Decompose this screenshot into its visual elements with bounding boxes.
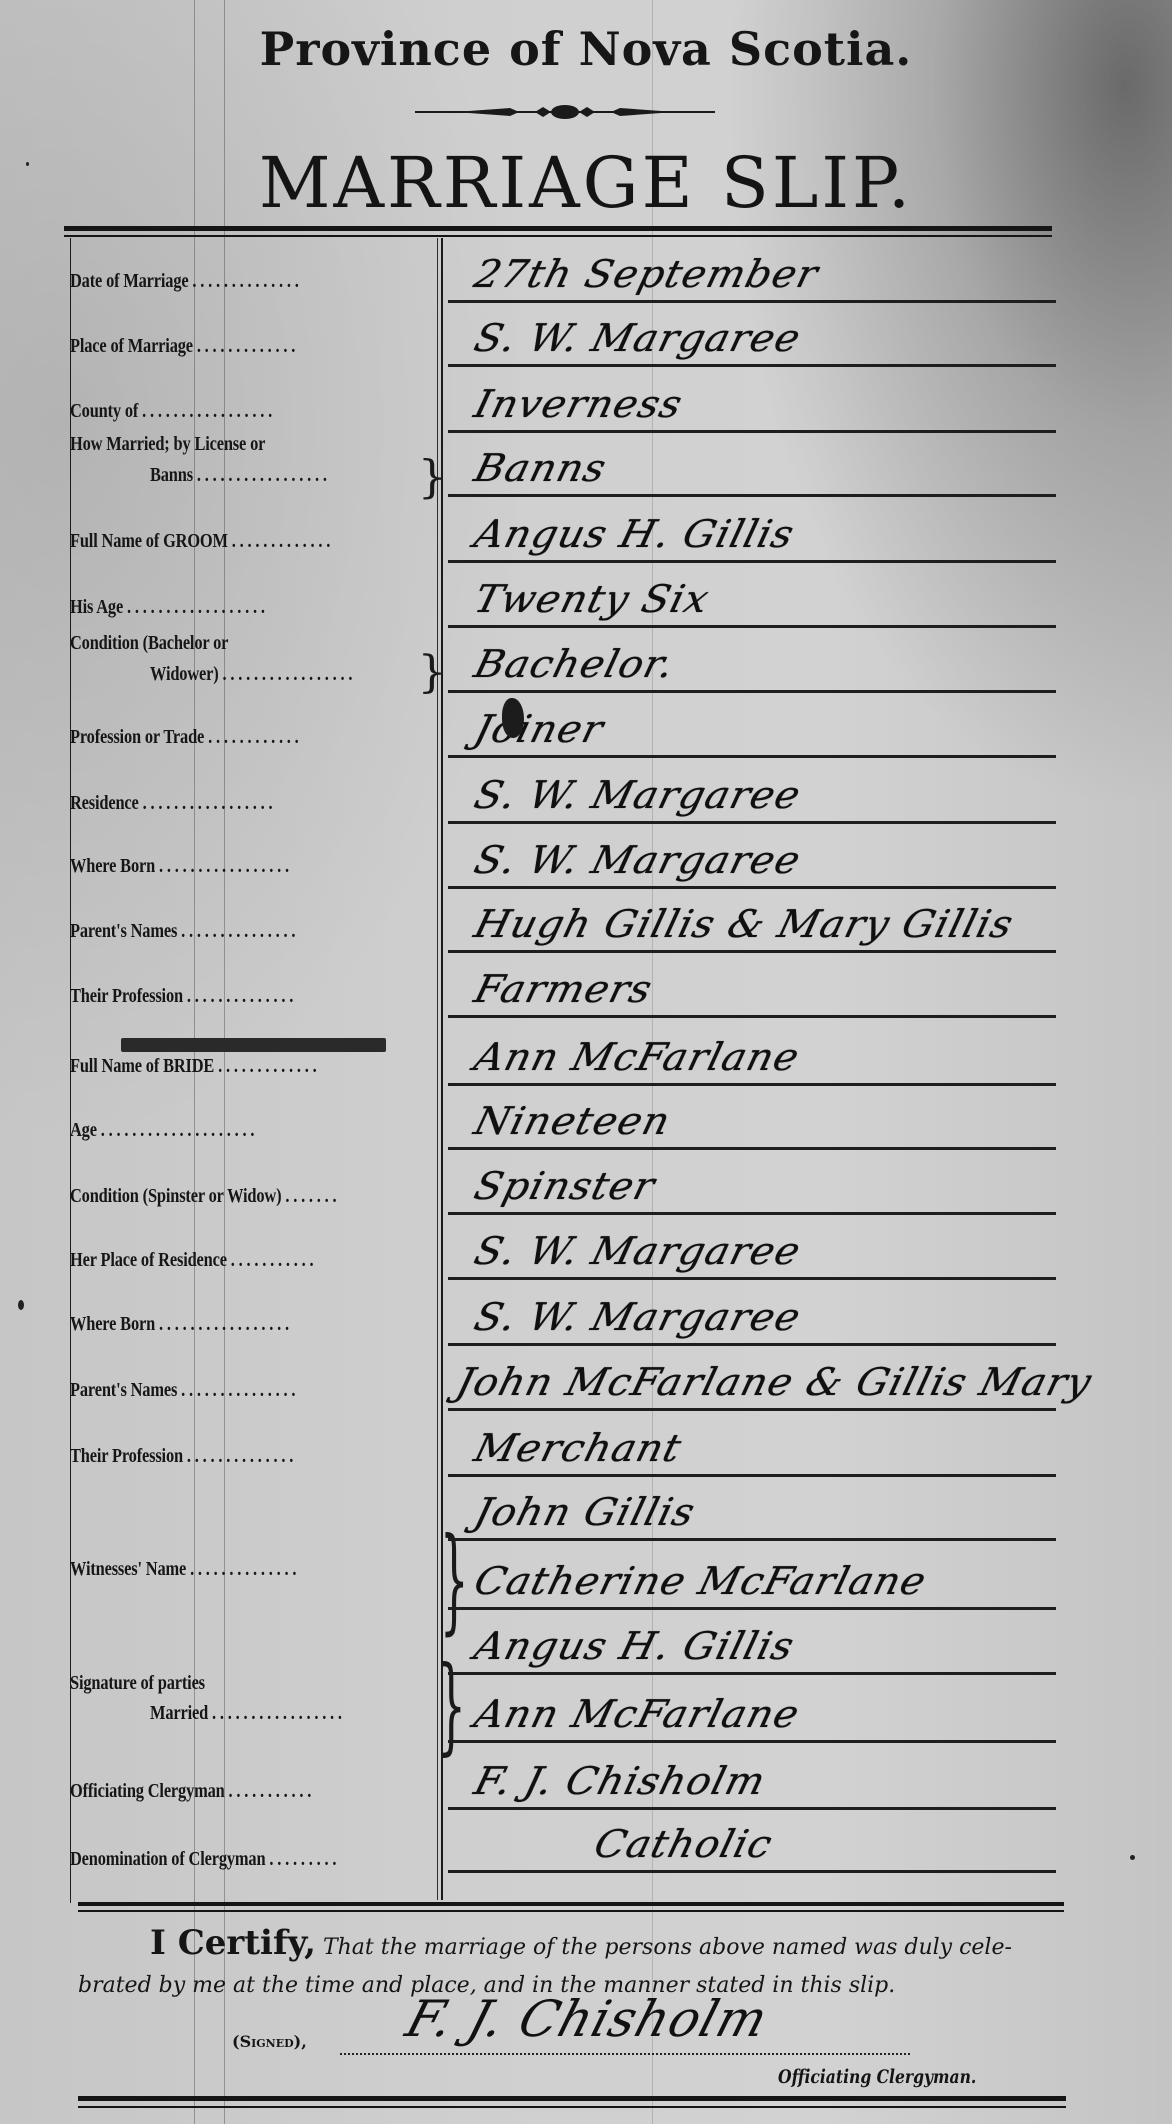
handwritten-value-groom-profession: Joiner (470, 707, 608, 751)
entry-line (448, 1408, 1056, 1411)
signature-line (340, 2053, 910, 2055)
handwritten-value-groom-birthplace: S. W. Margaree (470, 838, 806, 882)
field-label: Their Profession . . . . . . . . . . . .… (70, 985, 373, 1008)
handwritten-value-how-married: Banns (470, 446, 611, 490)
entry-line (448, 950, 1056, 953)
entry-line (448, 821, 1056, 824)
province-heading: Province of Nova Scotia. (0, 22, 1172, 76)
certify-lead: I Certify, (150, 1923, 316, 1963)
handwritten-value-bride-birthplace: S. W. Margaree (470, 1295, 806, 1339)
entry-line (448, 755, 1056, 758)
field-label: Signature of parties (70, 1672, 373, 1695)
handwritten-value-groom-condition: Bachelor. (470, 642, 679, 686)
entry-line (448, 494, 1056, 497)
handwritten-value-bride-name: Ann McFarlane (470, 1035, 804, 1079)
field-label: Full Name of GROOM . . . . . . . . . . .… (70, 530, 373, 553)
field-label: Denomination of Clergyman . . . . . . . … (70, 1848, 373, 1871)
entry-line (448, 1147, 1056, 1150)
certify-text-line1: That the marriage of the persons above n… (323, 1935, 1012, 1960)
handwritten-value-groom-parents-profession: Farmers (470, 967, 657, 1011)
signed-label: (Signed), (232, 2032, 307, 2051)
groom-bride-separator (121, 1038, 386, 1052)
ink-blot (502, 698, 524, 738)
handwritten-value-bride-parents-profession: Merchant (470, 1426, 686, 1470)
title-rule (64, 235, 1052, 237)
entry-line (448, 1672, 1056, 1675)
certificate-rule (78, 1902, 1064, 1906)
field-label: His Age . . . . . . . . . . . . . . . . … (70, 596, 373, 619)
entry-line (448, 690, 1056, 693)
entry-line (448, 1015, 1056, 1018)
entry-line (448, 1343, 1056, 1346)
handwritten-value-officiating-clergyman: F. J. Chisholm (470, 1759, 771, 1803)
field-label: Residence . . . . . . . . . . . . . . . … (70, 792, 373, 815)
field-label: Their Profession . . . . . . . . . . . .… (70, 1445, 373, 1468)
handwritten-value-bride-condition: Spinster (470, 1164, 660, 1208)
field-label-continued: Widower) . . . . . . . . . . . . . . . .… (150, 663, 453, 686)
field-label-continued: Banns . . . . . . . . . . . . . . . . . (150, 464, 453, 487)
paper-speck (1130, 1855, 1135, 1860)
handwritten-value-denomination: Catholic (590, 1822, 777, 1866)
officiating-clergyman-caption: Officiating Clergyman. (778, 2066, 976, 2088)
handwritten-value-witnesses: Catherine McFarlane (470, 1559, 931, 1603)
handwritten-value-place-of-marriage: S. W. Margaree (470, 316, 806, 360)
entry-line (448, 560, 1056, 563)
handwritten-value-groom-parents: Hugh Gillis & Mary Gillis (470, 902, 1018, 946)
handwritten-value-witnesses: John Gillis (470, 1490, 700, 1534)
marriage-slip-document: Province of Nova Scotia. MARRIAGE SLIP. … (0, 0, 1172, 2124)
entry-line (448, 1807, 1056, 1810)
paper-speck (26, 162, 29, 166)
field-label: Her Place of Residence . . . . . . . . .… (70, 1249, 373, 1272)
field-label: How Married; by License or (70, 433, 373, 456)
field-label: Condition (Spinster or Widow) . . . . . … (70, 1185, 373, 1208)
handwritten-value-bride-residence: S. W. Margaree (470, 1229, 806, 1273)
title-rule (64, 226, 1052, 231)
brace-icon: } (437, 1650, 466, 1760)
field-label: Age . . . . . . . . . . . . . . . . . . … (70, 1119, 373, 1142)
field-label: Full Name of BRIDE . . . . . . . . . . .… (70, 1055, 373, 1078)
handwritten-value-groom-residence: S. W. Margaree (470, 773, 806, 817)
field-label: Witnesses' Name . . . . . . . . . . . . … (70, 1558, 373, 1581)
field-label: Condition (Bachelor or (70, 632, 373, 655)
brace-icon: } (418, 453, 447, 500)
entry-line (448, 430, 1056, 433)
entry-line (448, 1212, 1056, 1215)
entry-line (448, 1538, 1056, 1541)
handwritten-value-date-of-marriage: 27th September (470, 252, 823, 296)
bottom-rule (78, 2106, 1066, 2108)
field-label: Profession or Trade . . . . . . . . . . … (70, 726, 373, 749)
entry-line (448, 1083, 1056, 1086)
paper-speck (18, 1300, 24, 1310)
field-label: Officiating Clergyman . . . . . . . . . … (70, 1780, 373, 1803)
field-label: County of . . . . . . . . . . . . . . . … (70, 400, 373, 423)
bottom-rule (78, 2096, 1066, 2101)
clergyman-signature: F. J. Chisholm (400, 1990, 775, 2048)
brace-icon: } (417, 650, 446, 696)
field-label: Place of Marriage . . . . . . . . . . . … (70, 335, 373, 358)
handwritten-value-groom-age: Twenty Six (470, 577, 714, 621)
field-label: Date of Marriage . . . . . . . . . . . .… (70, 270, 373, 293)
entry-line (448, 364, 1056, 367)
field-label: Parent's Names . . . . . . . . . . . . .… (70, 1379, 373, 1402)
handwritten-value-signatures: Ann McFarlane (470, 1692, 804, 1736)
entry-line (448, 300, 1056, 303)
field-label: Where Born . . . . . . . . . . . . . . .… (70, 1313, 373, 1336)
entry-line (448, 1474, 1056, 1477)
handwritten-value-groom-name: Angus H. Gillis (470, 512, 799, 556)
entry-line (448, 1740, 1056, 1743)
entry-line (448, 1277, 1056, 1280)
field-label: Parent's Names . . . . . . . . . . . . .… (70, 920, 373, 943)
handwritten-value-bride-parents: John McFarlane & Gillis Mary (452, 1360, 1097, 1404)
entry-line (448, 886, 1056, 889)
field-label: Where Born . . . . . . . . . . . . . . .… (70, 855, 373, 878)
certificate-rule (78, 1910, 1064, 1912)
entry-line (448, 625, 1056, 628)
entry-line (448, 1870, 1056, 1873)
handwritten-value-county: Inverness (470, 382, 687, 426)
document-title: MARRIAGE SLIP. (0, 142, 1172, 224)
handwritten-value-bride-age: Nineteen (470, 1099, 675, 1143)
ornament-divider-icon (415, 100, 715, 124)
entry-line (448, 1607, 1056, 1610)
field-label-continued: Married . . . . . . . . . . . . . . . . … (150, 1702, 453, 1725)
handwritten-value-signatures: Angus H. Gillis (470, 1624, 799, 1668)
